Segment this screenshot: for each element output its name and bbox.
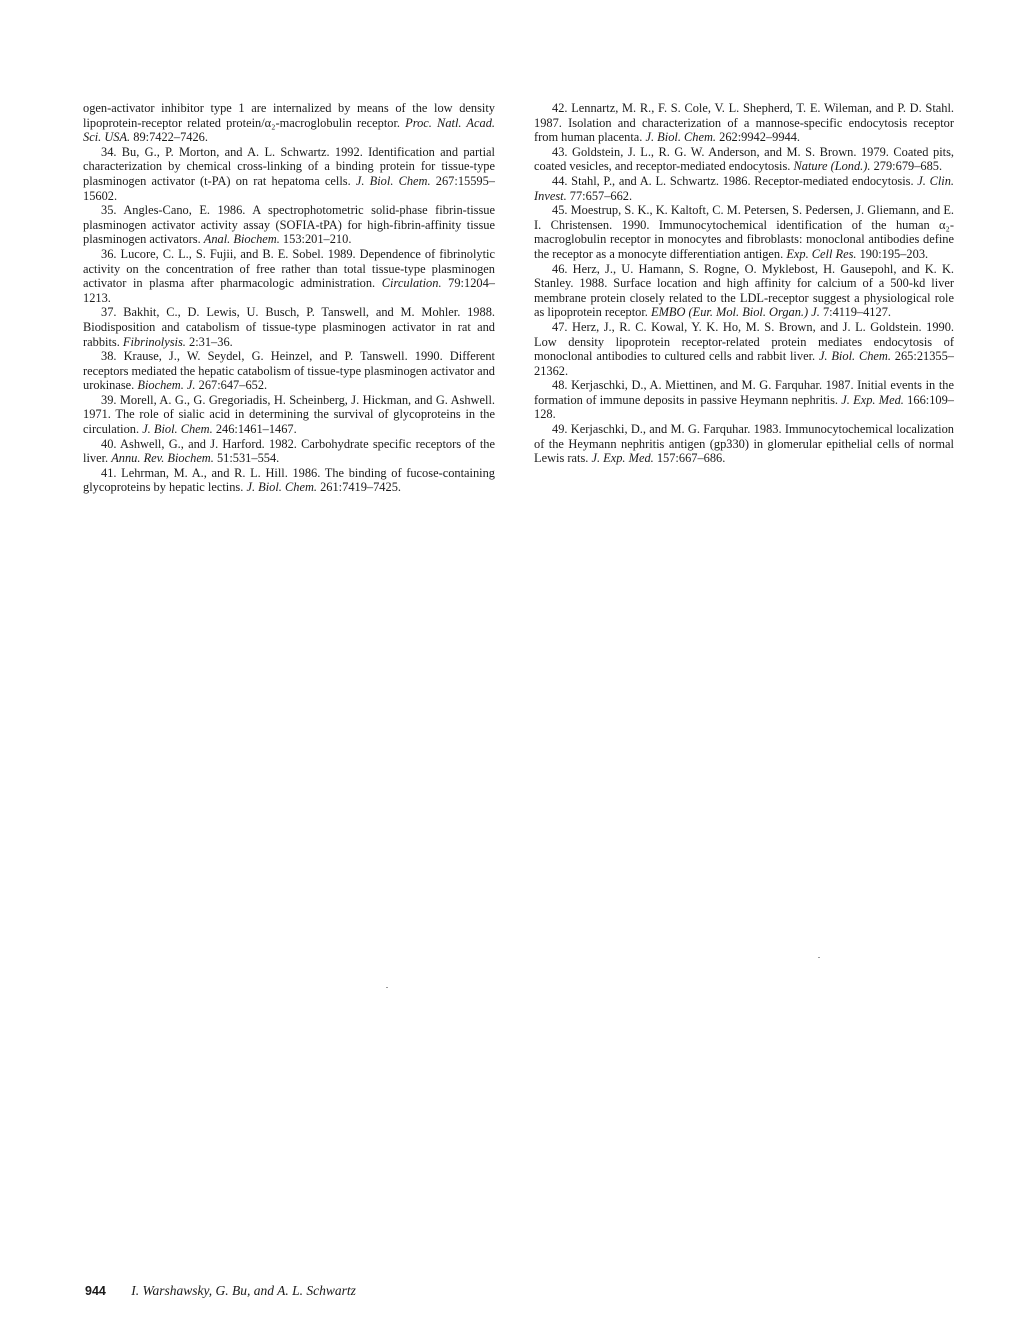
reference-46: 46. Herz, J., U. Hamann, S. Rogne, O. My…	[534, 262, 954, 320]
journal-name: Nature (Lond.).	[794, 159, 871, 173]
page-number: 944	[85, 1284, 106, 1298]
reference-continuation: ogen-activator inhibitor type 1 are inte…	[83, 101, 495, 145]
journal-name: Circulation.	[382, 276, 442, 290]
journal-name: J. Biol. Chem.	[645, 130, 716, 144]
citation-volume: 77:657–662.	[567, 189, 632, 203]
scan-speck	[818, 957, 820, 958]
journal-name: Anal. Biochem.	[204, 232, 280, 246]
citation-volume: 246:1461–1467.	[213, 422, 297, 436]
reference-47: 47. Herz, J., R. C. Kowal, Y. K. Ho, M. …	[534, 320, 954, 378]
journal-name: Annu. Rev. Biochem.	[111, 451, 214, 465]
reference-39: 39. Morell, A. G., G. Gregoriadis, H. Sc…	[83, 393, 495, 437]
reference-48: 48. Kerjaschki, D., A. Miettinen, and M.…	[534, 378, 954, 422]
citation-volume: 89:7422–7426.	[130, 130, 208, 144]
reference-49: 49. Kerjaschki, D., and M. G. Farquhar. …	[534, 422, 954, 466]
citation-volume: 51:531–554.	[214, 451, 279, 465]
journal-name: J. Exp. Med.	[591, 451, 653, 465]
reference-35: 35. Angles-Cano, E. 1986. A spectrophoto…	[83, 203, 495, 247]
citation-volume: 153:201–210.	[280, 232, 352, 246]
journal-name: J. Biol. Chem.	[142, 422, 213, 436]
reference-37: 37. Bakhit, C., D. Lewis, U. Busch, P. T…	[83, 305, 495, 349]
page-footer: 944 I. Warshawsky, G. Bu, and A. L. Schw…	[85, 1283, 356, 1299]
reference-45: 45. Moestrup, S. K., K. Kaltoft, C. M. P…	[534, 203, 954, 261]
citation-volume: 190:195–203.	[857, 247, 929, 261]
reference-41: 41. Lehrman, M. A., and R. L. Hill. 1986…	[83, 466, 495, 495]
citation-volume: 279:679–685.	[871, 159, 943, 173]
running-authors: I. Warshawsky, G. Bu, and A. L. Schwartz	[131, 1283, 356, 1298]
reference-36: 36. Lucore, C. L., S. Fujii, and B. E. S…	[83, 247, 495, 305]
citation-volume: 2:31–36.	[186, 335, 233, 349]
left-column: ogen-activator inhibitor type 1 are inte…	[83, 101, 495, 495]
reference-40: 40. Ashwell, G., and J. Harford. 1982. C…	[83, 437, 495, 466]
citation-volume: 261:7419–7425.	[317, 480, 401, 494]
journal-name: Fibrinolysis.	[123, 335, 186, 349]
citation-volume: 157:667–686.	[654, 451, 726, 465]
reference-44: 44. Stahl, P., and A. L. Schwartz. 1986.…	[534, 174, 954, 203]
reference-42: 42. Lennartz, M. R., F. S. Cole, V. L. S…	[534, 101, 954, 145]
citation-volume: 262:9942–9944.	[716, 130, 800, 144]
journal-name: J. Biol. Chem.	[356, 174, 431, 188]
reference-34: 34. Bu, G., P. Morton, and A. L. Schwart…	[83, 145, 495, 203]
scan-speck	[386, 987, 388, 988]
journal-name: J. Exp. Med.	[841, 393, 904, 407]
journal-name: Biochem. J.	[137, 378, 195, 392]
reference-text: 44. Stahl, P., and A. L. Schwartz. 1986.…	[552, 174, 917, 188]
citation-volume: 7:4119–4127.	[820, 305, 891, 319]
journal-name: J. Biol. Chem.	[819, 349, 891, 363]
reference-43: 43. Goldstein, J. L., R. G. W. Anderson,…	[534, 145, 954, 174]
journal-name: Exp. Cell Res.	[786, 247, 856, 261]
citation-volume: 267:647–652.	[196, 378, 268, 392]
right-column: 42. Lennartz, M. R., F. S. Cole, V. L. S…	[534, 101, 954, 466]
journal-name: EMBO (Eur. Mol. Biol. Organ.) J.	[651, 305, 820, 319]
reference-38: 38. Krause, J., W. Seydel, G. Heinzel, a…	[83, 349, 495, 393]
journal-name: J. Biol. Chem.	[246, 480, 317, 494]
